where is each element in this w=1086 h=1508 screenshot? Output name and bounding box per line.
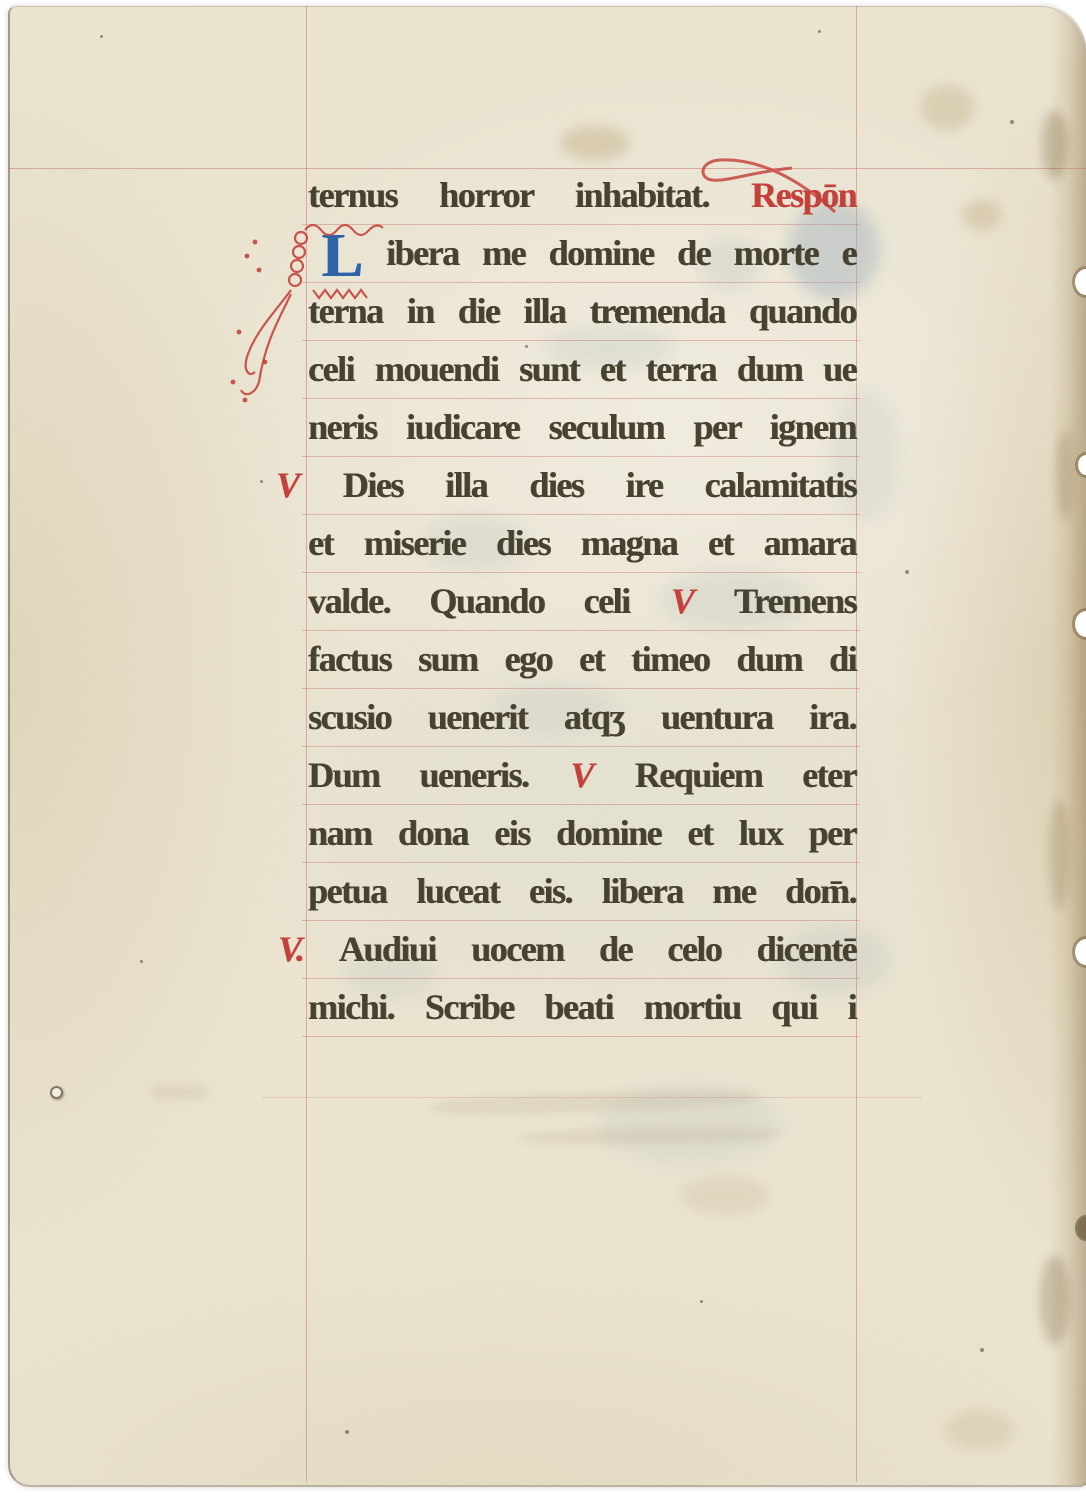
text-line: terna in die illa tremenda quando	[308, 282, 856, 340]
line-text: valde. Quando celi	[308, 581, 630, 621]
speck	[980, 1348, 984, 1352]
text-line: scusio uenerit atqʒ uentura ira.	[308, 688, 856, 746]
versicle-mark: V	[669, 581, 696, 621]
speck	[140, 960, 143, 963]
versicle-mark: V	[568, 755, 595, 795]
speck	[700, 1300, 703, 1303]
line-text: neris iudicare seculum per ignem	[308, 407, 856, 447]
speck	[260, 480, 263, 483]
speck	[1010, 120, 1014, 124]
line-text: ternus horror inhabitat.	[308, 175, 709, 215]
line-text: Requiem eter	[635, 755, 856, 795]
stain	[1056, 430, 1074, 520]
line-text: terna in die illa tremenda quando	[308, 291, 856, 331]
text-line: celi mouendi sunt et terra dum ue	[308, 340, 856, 398]
text-line: et miserie dies magna et amara	[308, 514, 856, 572]
stain	[680, 1175, 770, 1215]
line-text: celi mouendi sunt et terra dum ue	[308, 349, 856, 389]
line-text: Dies illa dies ire calamitatis	[343, 465, 856, 505]
rubric-text: Respōn	[751, 175, 856, 215]
stain	[945, 1410, 1015, 1450]
stain	[1042, 110, 1068, 180]
versicle-mark: V	[274, 456, 301, 514]
line-text: Dum ueneris.	[308, 755, 528, 795]
stain	[920, 85, 975, 130]
text-line: factus sum ego et timeo dum di	[308, 630, 856, 688]
text-line: ibera me domine de morte e	[386, 224, 856, 282]
versicle-mark: V.	[276, 920, 305, 978]
speck	[345, 1430, 349, 1434]
line-text: ibera me domine de morte e	[386, 233, 856, 273]
line-text: petua luceat eis. libera me dom̄.	[308, 871, 856, 911]
show-through-text	[150, 1085, 210, 1099]
wormhole	[50, 1086, 63, 1099]
speck	[905, 570, 909, 574]
line-text: Audiui uocem de celo dicentē	[339, 929, 856, 969]
text-line: valde. Quando celi V Tremens	[308, 572, 856, 630]
text-line: nam dona eis domine et lux per	[308, 804, 856, 862]
line-text: nam dona eis domine et lux per	[308, 813, 856, 853]
scan-background: { "document": { "description": "Medieval…	[0, 0, 1086, 1508]
text-line: petua luceat eis. libera me dom̄.	[308, 862, 856, 920]
line-text: factus sum ego et timeo dum di	[308, 639, 856, 679]
line-text: et miserie dies magna et amara	[308, 523, 856, 563]
line-text: Tremens	[734, 581, 856, 621]
stain	[1048, 800, 1070, 910]
stain	[1040, 1255, 1070, 1345]
text-line: neris iudicare seculum per ignem	[308, 398, 856, 456]
line-text: michi. Scribe beati mortiu qui i	[308, 987, 856, 1027]
text-line: Dum ueneris. V Requiem eter	[308, 746, 856, 804]
speck	[818, 30, 821, 33]
line-text: scusio uenerit atqʒ uentura ira.	[308, 697, 856, 737]
stain	[962, 200, 1002, 230]
text-line: ternus horror inhabitat. Respōn	[308, 166, 856, 224]
speck	[100, 35, 103, 38]
text-line: V. Audiui uocem de celo dicentē	[276, 920, 856, 978]
text-line: V Dies illa dies ire calamitatis	[274, 456, 856, 514]
text-line: michi. Scribe beati mortiu qui i	[308, 978, 856, 1036]
